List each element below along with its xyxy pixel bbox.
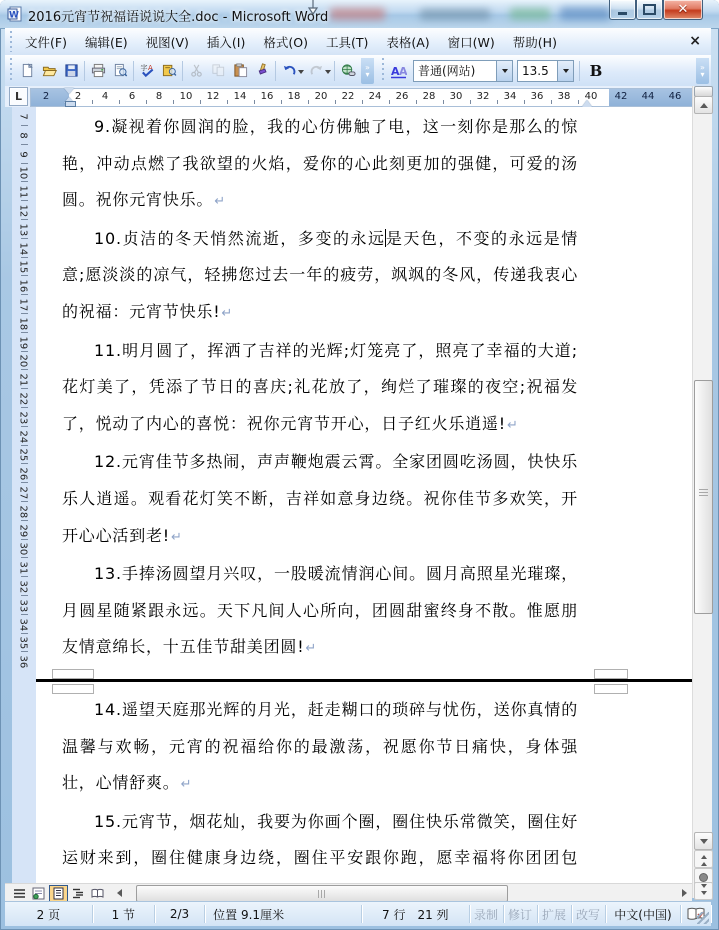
- horizontal-ruler[interactable]: 2 24681012141618202224262830323436384042…: [30, 88, 711, 107]
- arrow-right-icon: [682, 889, 691, 897]
- toolbar-separator: [84, 61, 85, 81]
- ruler-tick: [21, 463, 28, 464]
- paragraph-text: 13.手捧汤圆望月兴叹，一股暖流情润心间。圆月高照星光璀璨，月圆星随紧跟永远。天…: [62, 564, 578, 656]
- ruler-number: 17: [18, 299, 29, 311]
- previous-page-button[interactable]: [694, 850, 713, 868]
- view-buttons: [11, 885, 106, 902]
- menu-edit[interactable]: 编辑(E): [76, 29, 137, 55]
- paragraph-text: 12.元宵佳节多热闹，声声鞭炮震云霄。全家团圆吃汤圆，快快乐乐人逍遥。观看花灯笑…: [62, 452, 578, 544]
- ruler-tick: [21, 313, 28, 314]
- paragraph-12[interactable]: 12.元宵佳节多热闹，声声鞭炮震云霄。全家团圆吃汤圆，快快乐乐人逍遥。观看花灯笑…: [62, 444, 578, 556]
- ruler-tick: [443, 100, 444, 104]
- ruler-number: 35: [18, 637, 29, 649]
- paragraph-10[interactable]: 10.贞洁的冬天悄然流逝，多变的永远是天色，不变的永远是情意;愿淡淡的凉气，轻拂…: [62, 221, 578, 333]
- vertical-scroll-thumb[interactable]: [694, 380, 713, 614]
- background-blur-blob: [510, 8, 550, 20]
- paragraph-text: 11.明月圆了，挥洒了吉祥的光辉;灯笼亮了，照亮了幸福的大道;花灯美了，凭添了节…: [62, 341, 578, 433]
- ruler-number: 34: [504, 91, 517, 102]
- margin-crop-mark: [594, 684, 628, 694]
- page-break: [36, 668, 604, 692]
- paragraph-15[interactable]: 15.元宵节，烟花灿，我要为你画个圈，圈住快乐常微笑，圈住好运财来到，圈住健康身…: [62, 804, 578, 883]
- page-break-line: [36, 679, 692, 682]
- menu-view[interactable]: 视图(V): [137, 29, 198, 55]
- ruler-tick: [362, 100, 363, 104]
- ruler-tick: [578, 100, 579, 104]
- ruler-tick: [119, 100, 120, 104]
- paragraph-text: 10.贞洁的冬天悄然流逝，多变的永远: [94, 229, 386, 248]
- svg-text:A: A: [399, 65, 407, 78]
- ruler-number: 6: [129, 91, 135, 102]
- doc-text: 9.凝视着你圆润的脸，我的心仿佛触了电，这一刻你是那么的惊艳，冲动点燃了我欲望的…: [62, 109, 578, 883]
- toolbar-grip[interactable]: [380, 58, 385, 83]
- resize-grip[interactable]: [697, 912, 709, 924]
- minimize-button[interactable]: [609, 0, 636, 20]
- ruler-number: 30: [18, 543, 29, 555]
- font-size-value: 13.5: [518, 64, 557, 78]
- paragraph-mark-icon: ↵: [305, 641, 316, 656]
- new-document-button[interactable]: [16, 60, 38, 82]
- ruler-number: 18: [288, 91, 301, 102]
- cut-button[interactable]: [185, 60, 207, 82]
- ruler-number: 20: [315, 91, 328, 102]
- copy-icon: [211, 63, 226, 78]
- browse-object-icon: [699, 873, 708, 882]
- vertical-scrollbar: [692, 86, 712, 898]
- status-mode-修订[interactable]: 修订: [504, 905, 538, 923]
- ruler-number: 22: [18, 393, 29, 405]
- paragraph-mark-icon: ↵: [507, 418, 518, 433]
- ruler-tick: [281, 100, 282, 104]
- toolbar-grip[interactable]: [8, 31, 13, 53]
- menu-tools[interactable]: 工具(T): [317, 29, 377, 55]
- maximize-button[interactable]: [636, 0, 663, 20]
- ruler-tick: [21, 482, 28, 483]
- paragraph-mark-icon: ↵: [221, 306, 232, 321]
- ruler-number: 28: [423, 91, 436, 102]
- ruler-number: 7: [18, 111, 29, 123]
- ruler-number: 23: [18, 411, 29, 423]
- view-outline-button[interactable]: [70, 886, 87, 901]
- ruler-tick: [21, 651, 28, 652]
- spelling-check-button[interactable]: 字A: [136, 60, 158, 82]
- paste-icon: [233, 63, 248, 78]
- ruler-number: 27: [18, 487, 29, 499]
- undo-button[interactable]: [278, 60, 300, 82]
- ruler-number: 10: [180, 91, 193, 102]
- ruler-tick: [416, 100, 417, 104]
- background-blur-blob: [420, 9, 490, 20]
- toolbar-separator: [182, 61, 183, 81]
- ruler-number: 9: [18, 148, 29, 160]
- research-icon: [162, 63, 177, 78]
- margin-crop-mark: [52, 669, 94, 679]
- ruler-tick: [146, 100, 147, 104]
- first-line-indent-marker[interactable]: [64, 88, 74, 94]
- ruler-number: 21: [18, 374, 29, 386]
- status-mode-扩展[interactable]: 扩展: [538, 905, 572, 923]
- menu-help[interactable]: 帮助(H): [504, 29, 566, 55]
- cut-icon: [189, 63, 204, 78]
- scroll-up-button[interactable]: [694, 96, 713, 114]
- view-normal-button[interactable]: [11, 886, 28, 901]
- ruler-tick: [21, 407, 28, 408]
- ruler-tick: [21, 238, 28, 239]
- status-page-ratio: 2/3: [155, 905, 205, 923]
- ruler-tick: [21, 576, 28, 577]
- ruler-number: 31: [18, 562, 29, 574]
- horizontal-scroll-track[interactable]: [128, 885, 676, 901]
- ruler-tick: [21, 614, 28, 615]
- ruler-number: 24: [18, 430, 29, 442]
- scroll-down-button[interactable]: [694, 832, 713, 850]
- horizontal-scroll-thumb[interactable]: [136, 885, 508, 902]
- print-icon: [91, 63, 106, 78]
- paragraph-mark-icon: ↵: [171, 530, 182, 545]
- new-document-icon: [20, 63, 35, 78]
- ruler-number: 28: [18, 505, 29, 517]
- double-up-icon: [701, 852, 707, 866]
- ruler-number: 44: [642, 91, 655, 102]
- format-painter-icon: [255, 63, 270, 78]
- ruler-tick: [21, 163, 28, 164]
- maximize-icon: [643, 4, 656, 15]
- ruler-number: 25: [18, 449, 29, 461]
- next-page-button[interactable]: [694, 882, 713, 900]
- status-column: 21 列: [417, 906, 448, 923]
- ruler-number: 26: [18, 468, 29, 480]
- research-button[interactable]: [158, 60, 180, 82]
- ruler-number: 16: [18, 280, 29, 292]
- horizontal-scrollbar-row: [5, 883, 692, 902]
- print-preview-button[interactable]: [109, 60, 131, 82]
- word-window: W 2016元宵节祝福语说说大全.doc - Microsoft Word ✕ …: [0, 0, 719, 930]
- ruler-number: 12: [207, 91, 220, 102]
- dropdown-arrow-icon[interactable]: [298, 70, 304, 77]
- ruler-tick: [21, 369, 28, 370]
- window-title: 2016元宵节祝福语说说大全.doc - Microsoft Word: [28, 6, 328, 25]
- ruler-tick: [21, 633, 28, 634]
- ruler-tick: [524, 100, 525, 104]
- ruler-tick: [551, 100, 552, 104]
- ruler-number: 24: [369, 91, 382, 102]
- vertical-ruler[interactable]: 7891011121314151617181920212223242526272…: [12, 107, 37, 883]
- ruler-tick: [21, 520, 28, 521]
- status-position: 位置 9.1厘米: [205, 905, 362, 923]
- paragraph-text: 9.凝视着你圆润的脸，我的心仿佛触了电，这一刻你是那么的惊艳，冲动点燃了我欲望的…: [62, 117, 578, 209]
- tab-selector[interactable]: L: [9, 87, 28, 106]
- ruler-number: 42: [615, 91, 628, 102]
- paragraph-text: 15.元宵节，烟花灿，我要为你画个圈，圈住快乐常微笑，圈住好运财来到，圈住健康身…: [62, 812, 578, 883]
- ruler-tick: [470, 100, 471, 104]
- status-page: 2 页: [5, 905, 93, 923]
- menu-file[interactable]: 文件(F): [16, 29, 76, 55]
- paragraph-text: 14.遥望天庭那光辉的月光，赶走糊口的琐碎与忧伤，送你真情的温馨与欢畅，元宵的祝…: [62, 700, 578, 792]
- styles-and-formatting-icon[interactable]: AA: [388, 60, 410, 82]
- redo-icon: [309, 63, 324, 78]
- view-reading-button[interactable]: [89, 886, 106, 901]
- menu-format[interactable]: 格式(O): [254, 29, 317, 55]
- ruler-tick: [21, 539, 28, 540]
- ruler-number: 11: [18, 186, 29, 198]
- status-section: 1 节: [93, 905, 155, 923]
- ruler-number: 29: [18, 524, 29, 536]
- status-bar: 2 页 1 节 2/3 位置 9.1厘米 7 行 21 列 录制修订扩展改写 中…: [5, 901, 711, 926]
- ruler-number: 10: [18, 167, 29, 179]
- close-button[interactable]: ✕: [663, 0, 703, 20]
- svg-text:字: 字: [140, 63, 147, 72]
- paragraph-14[interactable]: 14.遥望天庭那光辉的月光，赶走糊口的琐碎与忧伤，送你真情的温馨与欢畅，元宵的祝…: [62, 692, 578, 804]
- menu-items: 文件(F)编辑(E)视图(V)插入(I)格式(O)工具(T)表格(A)窗口(W)…: [16, 29, 566, 55]
- ruler-tick: [21, 557, 28, 558]
- ruler-tick: [21, 388, 28, 389]
- toolbar-separator: [334, 61, 335, 81]
- ruler-tick: [21, 257, 28, 258]
- background-blur-blob: [560, 7, 610, 20]
- document-area[interactable]: 9.凝视着你圆润的脸，我的心仿佛触了电，这一刻你是那么的惊艳，冲动点燃了我欲望的…: [36, 107, 692, 883]
- ruler-tick: [21, 351, 28, 352]
- view-web-layout-button[interactable]: [30, 886, 47, 901]
- ruler-tick: [227, 100, 228, 104]
- ruler-tick: [21, 332, 28, 333]
- toolbar-options-button[interactable]: »▾: [696, 58, 709, 84]
- ruler-tick: [308, 100, 309, 104]
- ruler-number: 36: [531, 91, 544, 102]
- style-value: 普通(网站): [414, 62, 496, 79]
- svg-text:W: W: [9, 11, 19, 21]
- minimize-icon: [618, 12, 627, 15]
- ruler-tick: [21, 426, 28, 427]
- ruler-tick: [254, 100, 255, 104]
- toolbar-separator: [275, 61, 276, 81]
- hyperlink-icon: [341, 63, 356, 78]
- ruler-tick: [21, 125, 28, 126]
- print-button[interactable]: [87, 60, 109, 82]
- paragraph-9[interactable]: 9.凝视着你圆润的脸，我的心仿佛触了电，这一刻你是那么的惊艳，冲动点燃了我欲望的…: [62, 109, 578, 221]
- ruler-tick: [21, 181, 28, 182]
- ruler-number: 16: [261, 91, 274, 102]
- ruler-row: L 2 246810121416182022242628303234363840…: [5, 86, 711, 107]
- paragraph-mark-icon: ↵: [181, 777, 192, 792]
- status-line: 7 行: [382, 906, 405, 923]
- ruler-number: 32: [18, 581, 29, 593]
- background-blur-blob: [330, 8, 385, 20]
- paragraph-13[interactable]: 13.手捧汤圆望月兴叹，一股暖流情润心间。圆月高照星光璀璨，月圆星随紧跟永远。天…: [62, 556, 578, 668]
- document-close-icon[interactable]: ×: [685, 33, 705, 49]
- ruler-number: 15: [18, 261, 29, 273]
- toolbar-grip[interactable]: [8, 58, 13, 83]
- thumb-grip: [699, 489, 708, 497]
- save-button[interactable]: [60, 60, 82, 82]
- ruler-tick: [200, 100, 201, 104]
- ruler-number: 13: [18, 223, 29, 235]
- right-indent-marker[interactable]: [582, 100, 592, 107]
- ruler-tick: [21, 445, 28, 446]
- paste-button[interactable]: [229, 60, 251, 82]
- ruler-tick: [21, 219, 28, 220]
- ruler-tick: [92, 100, 93, 104]
- ruler-tick: [21, 144, 28, 145]
- ruler-number: 12: [18, 205, 29, 217]
- ruler-tick: [21, 294, 28, 295]
- ruler-number: 20: [18, 355, 29, 367]
- view-print-layout-button[interactable]: [49, 885, 68, 902]
- arrow-left-icon: [113, 889, 122, 897]
- menu-table[interactable]: 表格(A): [377, 29, 438, 55]
- ruler-tick: [389, 100, 390, 104]
- title-bar[interactable]: W 2016元宵节祝福语说说大全.doc - Microsoft Word ✕: [0, 0, 719, 29]
- style-combo[interactable]: 普通(网站): [413, 60, 513, 82]
- undo-icon: [282, 63, 297, 78]
- ruler-tick: [21, 501, 28, 502]
- ruler-number: 30: [450, 91, 463, 102]
- status-mode-改写[interactable]: 改写: [572, 905, 606, 923]
- paragraph-11[interactable]: 11.明月圆了，挥洒了吉祥的光辉;灯笼亮了，照亮了幸福的大道;花灯美了，凭添了节…: [62, 333, 578, 445]
- toolbar: 字A »▾ AA 普通(网站) 13.5 B »▾: [5, 55, 711, 87]
- window-border: [0, 925, 719, 930]
- ruler-number: 2: [43, 91, 49, 102]
- close-icon: ✕: [678, 3, 689, 16]
- ruler-number: 2: [75, 91, 81, 102]
- status-modes: 录制修订扩展改写: [470, 905, 606, 923]
- arrow-down-icon: [700, 839, 708, 848]
- paragraph-mark-icon: ↵: [214, 194, 225, 209]
- style-dropdown-icon[interactable]: [496, 61, 512, 81]
- margin-crop-mark: [52, 684, 94, 694]
- ruler-number: 14: [234, 91, 247, 102]
- open-icon: [42, 63, 57, 78]
- ruler-number: 8: [18, 129, 29, 141]
- ruler-tick: [21, 200, 28, 201]
- ruler-number: 32: [477, 91, 490, 102]
- pointer-marker-icon: [306, 0, 320, 20]
- scroll-right-button[interactable]: [677, 886, 692, 901]
- copy-button[interactable]: [207, 60, 229, 82]
- font-size-combo[interactable]: 13.5: [517, 60, 574, 82]
- ruler-number: 22: [342, 91, 355, 102]
- toolbar-options-button[interactable]: »▾: [361, 58, 374, 84]
- save-icon: [64, 63, 79, 78]
- format-painter-button[interactable]: [251, 60, 273, 82]
- ruler-tick: [21, 275, 28, 276]
- spelling-check-icon: 字A: [140, 63, 155, 78]
- arrow-up-icon: [700, 99, 708, 108]
- ruler-tick: [21, 595, 28, 596]
- menu-window[interactable]: 窗口(W): [439, 29, 504, 55]
- margin-crop-mark: [594, 669, 628, 679]
- thumb-grip: [318, 890, 326, 898]
- ruler-number: 26: [396, 91, 409, 102]
- status-line-column: 7 行 21 列: [362, 905, 469, 923]
- ruler-number: 18: [18, 317, 29, 329]
- hyperlink-button[interactable]: [337, 60, 359, 82]
- bold-button[interactable]: B: [585, 62, 607, 80]
- ruler-number: 4: [102, 91, 108, 102]
- redo-button[interactable]: [305, 60, 327, 82]
- ruler-number: 36: [18, 656, 29, 668]
- ruler-number: 19: [18, 336, 29, 348]
- ruler-number: 46: [669, 91, 682, 102]
- font-size-dropdown-icon[interactable]: [557, 61, 573, 81]
- ruler-tick: [335, 100, 336, 104]
- ruler-tick: [173, 100, 174, 104]
- ruler-number: 34: [18, 618, 29, 630]
- print-preview-icon: [113, 63, 128, 78]
- open-button[interactable]: [38, 60, 60, 82]
- ruler-number: 38: [558, 91, 571, 102]
- standard-toolbar: 字A: [16, 60, 359, 82]
- double-down-icon: [701, 884, 707, 898]
- word-app-icon[interactable]: W: [7, 6, 23, 22]
- status-language: 中文(中国): [606, 905, 682, 923]
- ruler-number: 33: [18, 599, 29, 611]
- menu-bar: 文件(F)编辑(E)视图(V)插入(I)格式(O)工具(T)表格(A)窗口(W)…: [5, 28, 711, 56]
- status-mode-录制[interactable]: 录制: [470, 905, 504, 923]
- toolbar-separator: [133, 61, 134, 81]
- ruler-number: 14: [18, 242, 29, 254]
- menu-insert[interactable]: 插入(I): [198, 29, 254, 55]
- ruler-tick: [497, 100, 498, 104]
- scroll-left-button[interactable]: [112, 886, 127, 901]
- ruler-number: 8: [156, 91, 162, 102]
